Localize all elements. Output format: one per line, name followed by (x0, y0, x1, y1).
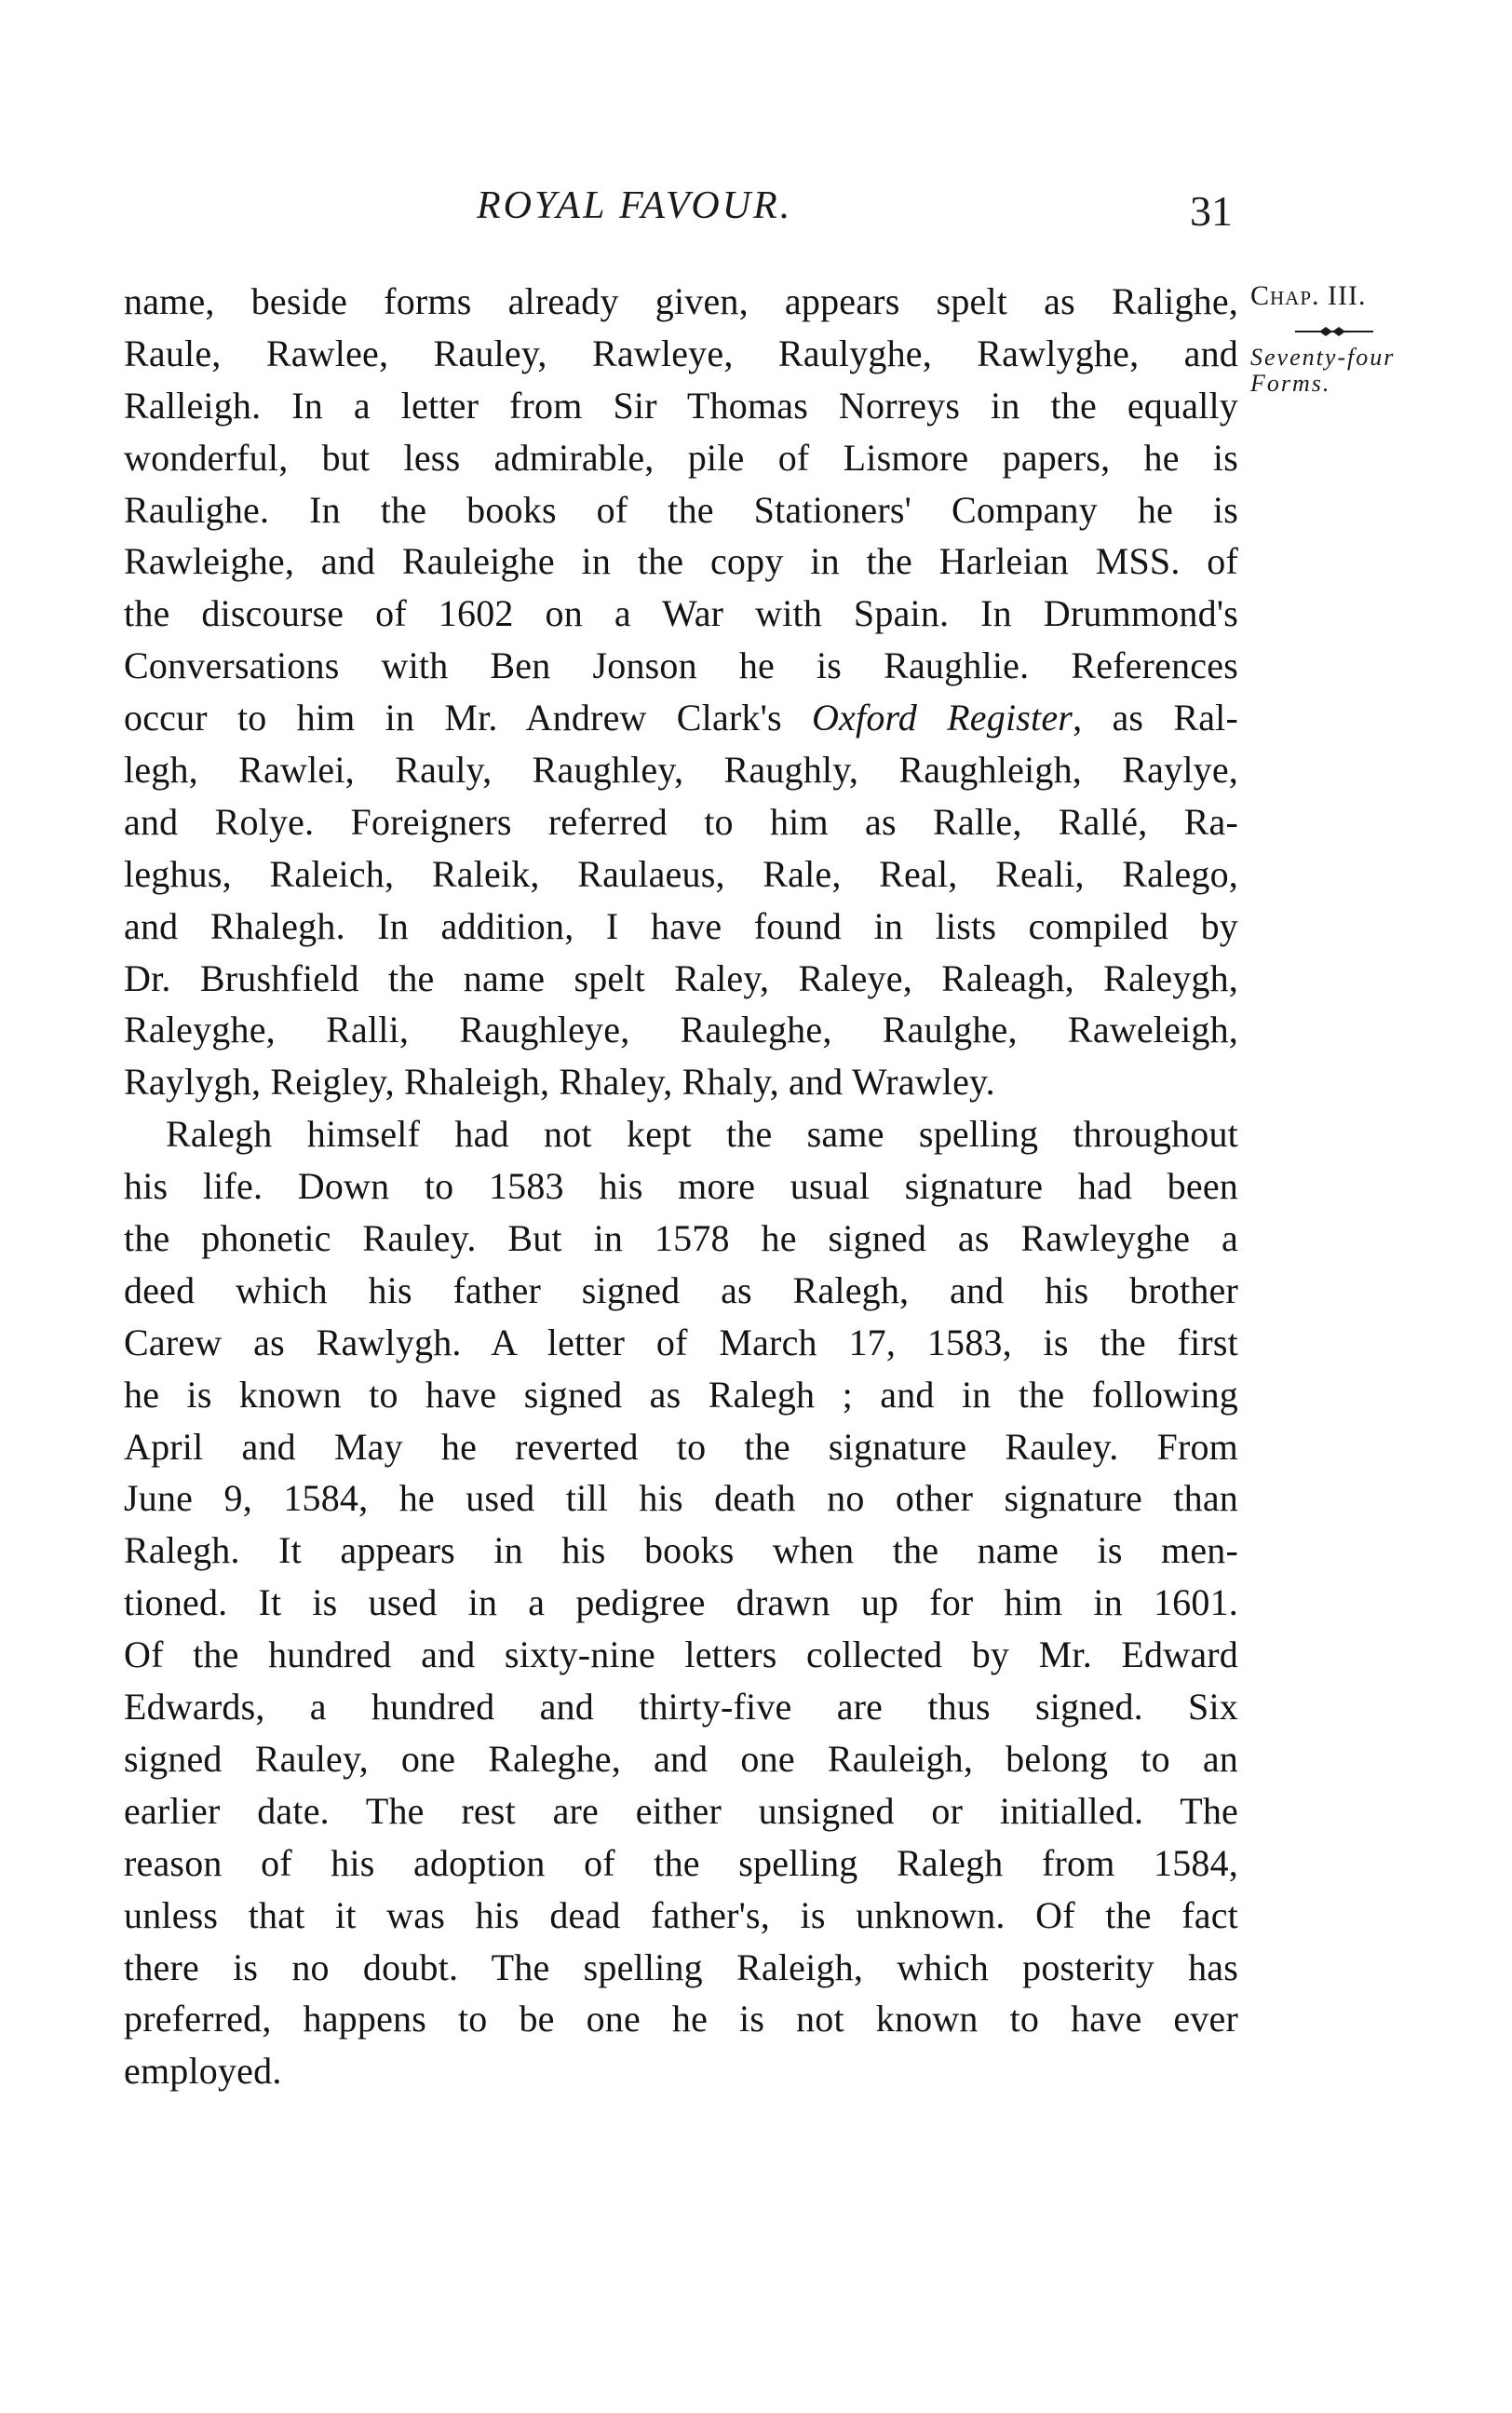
text-line: Raulighe. In the books of the Stationers… (124, 484, 1238, 536)
text-line: earlier date. The rest are either unsign… (124, 1785, 1238, 1837)
text-line: the phonetic Rauley. But in 1578 he sign… (124, 1213, 1238, 1265)
text-line: Edwards, a hundred and thirty-five are t… (124, 1681, 1238, 1733)
text-span: occur to him in Mr. Andrew Clark's (124, 697, 812, 739)
text-line: Dr. Brushfield the name spelt Raley, Ral… (124, 953, 1238, 1005)
text-line: Conversations with Ben Jonson he is Raug… (124, 640, 1238, 692)
text-line: Ralegh. It appears in his books when the… (124, 1525, 1238, 1577)
text-line: Carew as Rawlygh. A letter of March 17, … (124, 1317, 1238, 1369)
text-line: there is no doubt. The spelling Raleigh,… (124, 1942, 1238, 1994)
text-line: wonderful, but less admirable, pile of L… (124, 432, 1238, 484)
book-title: Oxford Register (812, 697, 1073, 739)
text-line: Ralegh himself had not kept the same spe… (124, 1108, 1238, 1160)
text-line: legh, Rawlei, Rauly, Raughley, Raughly, … (124, 744, 1238, 796)
running-title: ROYAL FAVOUR. (477, 186, 792, 225)
text-line: the discourse of 1602 on a War with Spai… (124, 588, 1238, 640)
text-line: employed. (124, 2045, 1238, 2097)
text-line: his life. Down to 1583 his more usual si… (124, 1160, 1238, 1213)
body-text: name, beside forms already given, appear… (124, 276, 1238, 2097)
text-line: Raylygh, Reigley, Rhaleigh, Rhaley, Rhal… (124, 1056, 1238, 1108)
text-line: Raleyghe, Ralli, Raughleye, Rauleghe, Ra… (124, 1004, 1238, 1056)
page-number: 31 (1190, 190, 1233, 233)
chapter-label: Chap. III. (1250, 279, 1492, 313)
text-line: Raule, Rawlee, Rauley, Rawleye, Raulyghe… (124, 328, 1238, 380)
paragraph-1: name, beside forms already given, appear… (124, 276, 1238, 1108)
text-line: Of the hundred and sixty-nine letters co… (124, 1629, 1238, 1681)
text-span: , as Ral- (1073, 697, 1238, 739)
text-line: reason of his adoption of the spelling R… (124, 1837, 1238, 1890)
text-line: Ralleigh. In a letter from Sir Thomas No… (124, 380, 1238, 432)
text-line: tioned. It is used in a pedigree drawn u… (124, 1577, 1238, 1629)
text-line: occur to him in Mr. Andrew Clark's Oxfor… (124, 692, 1238, 744)
text-line: unless that it was his dead father's, is… (124, 1890, 1238, 1942)
text-line: April and May he reverted to the signatu… (124, 1421, 1238, 1473)
text-line: name, beside forms already given, appear… (124, 276, 1238, 328)
text-line: he is known to have signed as Ralegh ; a… (124, 1369, 1238, 1421)
text-line: June 9, 1584, he used till his death no … (124, 1472, 1238, 1525)
ornamental-rule-icon (1295, 326, 1373, 337)
text-line: deed which his father signed as Ralegh, … (124, 1265, 1238, 1317)
text-line: and Rolye. Foreigners referred to him as… (124, 796, 1238, 848)
text-line: and Rhalegh. In addition, I have found i… (124, 901, 1238, 953)
side-heading-line-2: Forms. (1250, 371, 1492, 397)
side-heading-line-1: Seventy-four (1250, 345, 1492, 371)
text-line: Rawleighe, and Rauleighe in the copy in … (124, 535, 1238, 588)
text-line: preferred, happens to be one he is not k… (124, 1993, 1238, 2045)
text-line: signed Rauley, one Raleghe, and one Raul… (124, 1733, 1238, 1785)
margin-note: Chap. III. Seventy-four Forms. (1250, 279, 1492, 397)
text-line: leghus, Raleich, Raleik, Raulaeus, Rale,… (124, 848, 1238, 901)
paragraph-2: Ralegh himself had not kept the same spe… (124, 1108, 1238, 2097)
